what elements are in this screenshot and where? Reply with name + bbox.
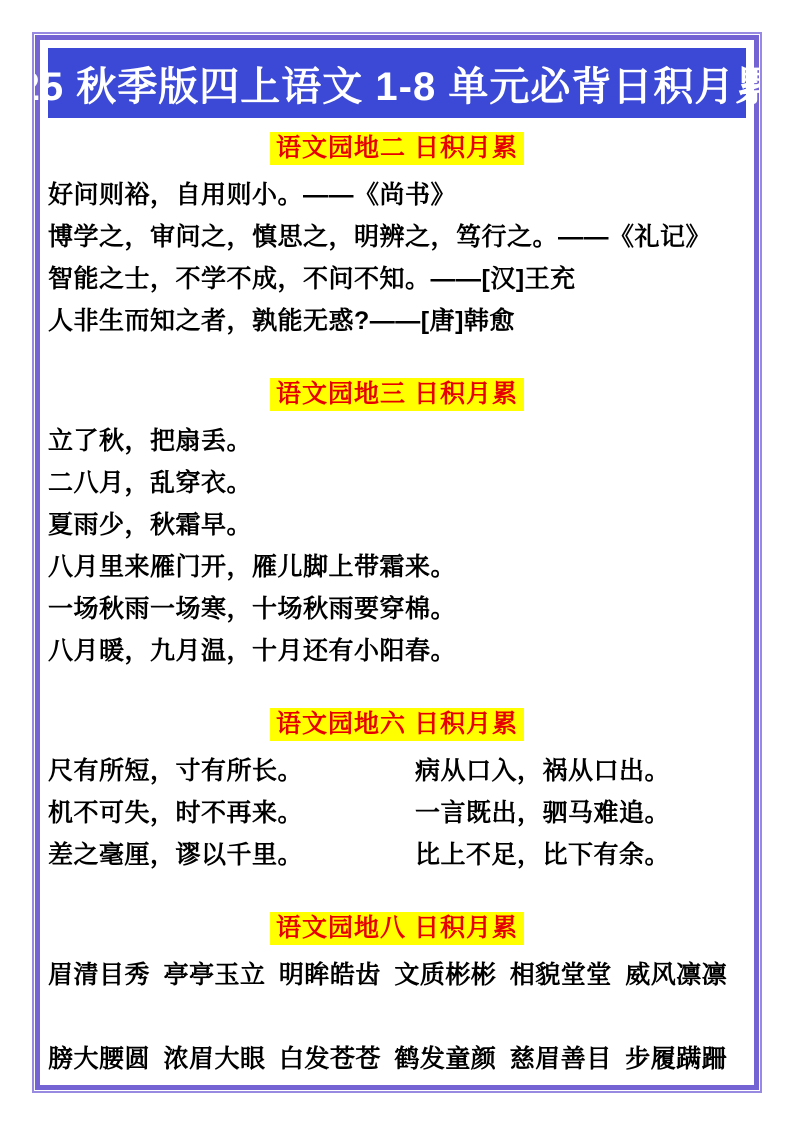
text-line: 好问则裕，自用则小。——《尚书》 (48, 174, 746, 216)
text-line: 二八月，乱穿衣。 (48, 462, 746, 504)
section-header-row: 语文园地八 日积月累 (48, 912, 746, 946)
page-content: 25 秋季版四上语文 1-8 单元必背日积月累 语文园地二 日积月累 好问则裕，… (40, 40, 754, 1080)
proverb-row: 机不可失，时不再来。 一言既出，驷马难追。 (48, 792, 746, 834)
text-line: 比上不足，比下有余。 (415, 834, 746, 876)
text-line: 智能之士，不学不成，不问不知。——[汉]王充 (48, 258, 746, 300)
text-line: 八月暖，九月温，十月还有小阳春。 (48, 630, 746, 672)
text-line: 病从口入，祸从口出。 (415, 750, 746, 792)
proverb-row: 尺有所短，寸有所长。 病从口入，祸从口出。 (48, 750, 746, 792)
text-line: 尺有所短，寸有所长。 (48, 750, 415, 792)
section-garden-6: 语文园地六 日积月累 尺有所短，寸有所长。 病从口入，祸从口出。 机不可失，时不… (48, 708, 746, 876)
proverb-row: 差之毫厘，谬以千里。 比上不足，比下有余。 (48, 834, 746, 876)
section-header: 语文园地二 日积月累 (270, 132, 524, 165)
text-line: 差之毫厘，谬以千里。 (48, 834, 415, 876)
text-line: 眉清目秀 亭亭玉立 明眸皓齿 文质彬彬 相貌堂堂 威风凛凛 (48, 954, 746, 996)
section-header: 语文园地三 日积月累 (270, 378, 524, 411)
text-line: 博学之，审问之，慎思之，明辨之，笃行之。——《礼记》 (48, 216, 746, 258)
text-line: 八月里来雁门开，雁儿脚上带霜来。 (48, 546, 746, 588)
text-line: 机不可失，时不再来。 (48, 792, 415, 834)
section-garden-3: 语文园地三 日积月累 立了秋，把扇丢。 二八月，乱穿衣。 夏雨少，秋霜早。 八月… (48, 378, 746, 672)
document-page: 25 秋季版四上语文 1-8 单元必背日积月累 语文园地二 日积月累 好问则裕，… (0, 0, 793, 1122)
text-line: 人非生而知之者，孰能无惑?——[唐]韩愈 (48, 300, 746, 342)
text-line: 立了秋，把扇丢。 (48, 420, 746, 462)
section-header: 语文园地六 日积月累 (270, 708, 524, 741)
section-garden-8: 语文园地八 日积月累 眉清目秀 亭亭玉立 明眸皓齿 文质彬彬 相貌堂堂 威风凛凛… (48, 912, 746, 1080)
page-title: 25 秋季版四上语文 1-8 单元必背日积月累 (18, 55, 777, 112)
text-line: 夏雨少，秋霜早。 (48, 504, 746, 546)
page-border: 25 秋季版四上语文 1-8 单元必背日积月累 语文园地二 日积月累 好问则裕，… (35, 35, 759, 1090)
text-line: 膀大腰圆 浓眉大眼 白发苍苍 鹤发童颜 慈眉善目 步履蹒跚 (48, 1038, 746, 1080)
text-line: 一言既出，驷马难追。 (415, 792, 746, 834)
title-banner: 25 秋季版四上语文 1-8 单元必背日积月累 (48, 48, 746, 118)
section-header-row: 语文园地三 日积月累 (48, 378, 746, 412)
section-garden-2: 语文园地二 日积月累 好问则裕，自用则小。——《尚书》 博学之，审问之，慎思之，… (48, 132, 746, 342)
section-header-row: 语文园地六 日积月累 (48, 708, 746, 742)
section-header-row: 语文园地二 日积月累 (48, 132, 746, 166)
section-header: 语文园地八 日积月累 (270, 912, 524, 945)
text-line: 一场秋雨一场寒，十场秋雨要穿棉。 (48, 588, 746, 630)
